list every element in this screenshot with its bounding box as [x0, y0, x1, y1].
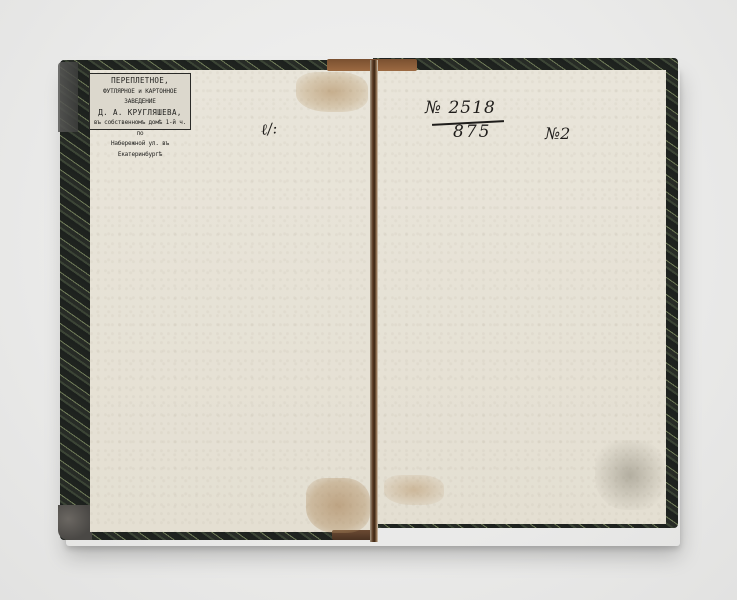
binder-label: ПЕРЕПЛЕТНОЕ, ФУТЛЯРНОЕ и КАРТОННОЕ ЗАВЕД… [89, 73, 191, 130]
stain-bottom-right [384, 475, 444, 505]
binder-label-line: въ собственномъ домѣ 1-й ч. по [92, 118, 188, 139]
handwritten-catalog-sub: 875 [453, 122, 491, 142]
binder-label-line: Набережной ул. въ Екатеринбургѣ [92, 139, 188, 160]
stain-top-left [296, 72, 368, 112]
stain-bottom-left [306, 478, 370, 533]
worn-cover-corner-top [58, 62, 78, 132]
handwritten-catalog-number: № 2518 [425, 98, 496, 118]
binder-label-line: ПЕРЕПЛЕТНОЕ, [92, 76, 188, 87]
handwritten-mark: ℓ/: [260, 119, 278, 140]
grime-spot [595, 440, 665, 510]
binder-label-line: ФУТЛЯРНОЕ и КАРТОННОЕ ЗАВЕДЕНИЕ [92, 87, 188, 108]
book-gutter [370, 60, 378, 542]
worn-cover-corner-bottom [58, 505, 92, 540]
photo-scene: ПЕРЕПЛЕТНОЕ, ФУТЛЯРНОЕ и КАРТОННОЕ ЗАВЕД… [0, 0, 737, 600]
binder-label-line: Д. А. КРУГЛЯШЕВА, [92, 108, 188, 119]
handwritten-volume-number: №2 [545, 124, 570, 143]
